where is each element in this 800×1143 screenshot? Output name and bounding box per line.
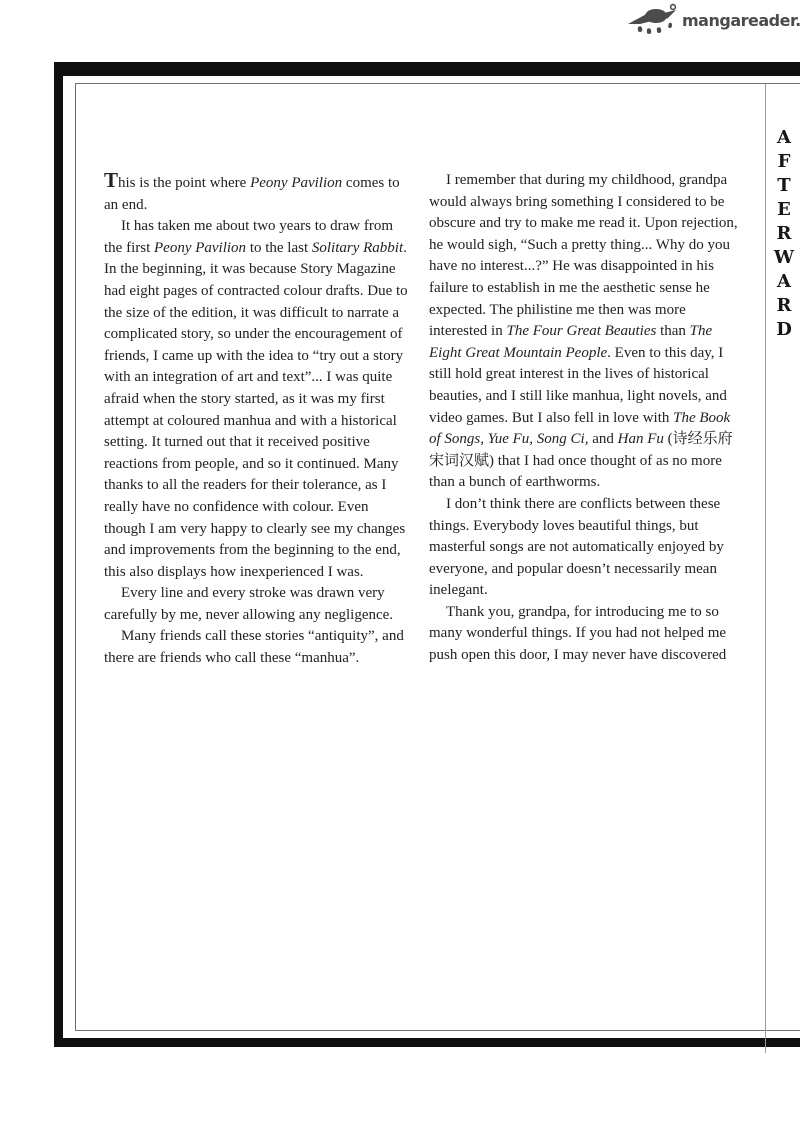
paragraph: I don’t think there are conflicts betwee… [429, 494, 745, 602]
text-run: Han Fu [618, 431, 664, 447]
paragraph: Thank you, grandpa, for introducing me t… [429, 602, 745, 667]
text-run: Thank you, grandpa, for introducing me t… [429, 604, 726, 663]
paragraph: Every line and every stroke was drawn ve… [104, 583, 412, 626]
text-run: Many friends call these stories “antiqui… [104, 628, 404, 666]
text-run: than [656, 323, 689, 339]
text-run: and [588, 431, 617, 447]
text-run: Solitary Rabbit [312, 240, 403, 256]
text-column-left: This is the point where Peony Pavilion c… [104, 170, 412, 670]
text-column-right: I remember that during my childhood, gra… [429, 170, 745, 667]
paragraph: It has taken me about two years to draw … [104, 216, 412, 583]
manga-afterword-page: mangareader.net This is the point where … [0, 0, 800, 1143]
paragraph: I remember that during my childhood, gra… [429, 170, 745, 494]
afterward-letter: F [766, 150, 800, 174]
afterward-title: AFTERWARD [766, 126, 800, 342]
site-logo[interactable]: mangareader.net [626, 3, 800, 37]
text-run: Peony Pavilion [154, 240, 246, 256]
text-run: . In the beginning, it was because Story… [104, 240, 408, 580]
afterward-letter: W [766, 246, 800, 270]
afterward-letter: D [766, 318, 800, 342]
text-run: The Four Great Beauties [506, 323, 656, 339]
text-run: to the last [246, 240, 312, 256]
ink-splash-icon [626, 3, 678, 37]
text-run: T [104, 168, 118, 192]
site-logo-text: mangareader.net [682, 11, 800, 30]
afterward-letter: A [766, 126, 800, 150]
text-run: Peony Pavilion [250, 175, 342, 191]
afterward-strip: AFTERWARD [765, 84, 800, 1053]
afterward-letter: A [766, 270, 800, 294]
text-run: I remember that during my childhood, gra… [429, 172, 738, 339]
text-run: his is the point where [118, 175, 250, 191]
afterward-letter: E [766, 198, 800, 222]
afterward-letter: T [766, 174, 800, 198]
text-run: I don’t think there are conflicts betwee… [429, 496, 724, 598]
paragraph: This is the point where Peony Pavilion c… [104, 170, 412, 216]
text-run: Every line and every stroke was drawn ve… [104, 585, 393, 623]
paragraph: Many friends call these stories “antiqui… [104, 626, 412, 669]
afterward-letter: R [766, 294, 800, 318]
afterward-letter: R [766, 222, 800, 246]
